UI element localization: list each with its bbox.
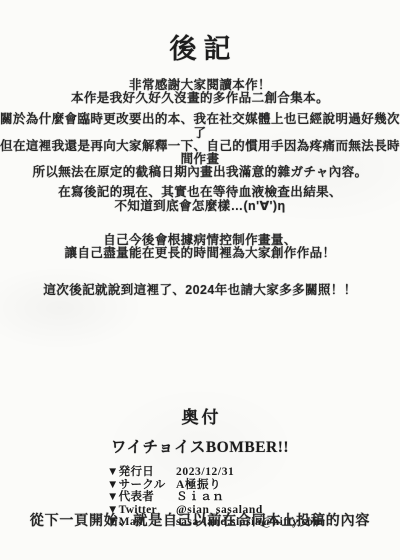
colophon-heading: 奥付 xyxy=(0,403,400,428)
thanks-paragraph: 非常感謝大家閱讀本作！ 本作是我好久好久沒畫的多作品二創合集本。 xyxy=(0,79,400,105)
row-value: A極振り xyxy=(176,479,221,492)
paragraph-line: 在寫後記的現在、其實也在等待血液檢查出結果、 xyxy=(0,186,400,199)
future-plans-paragraph: 自己今後會根據病情控制作畫量、 讓自己盡量能在更長的時間裡為大家創作作品！ xyxy=(0,234,400,260)
paragraph-line: 但在這裡我還是再向大家解釋一下、自己的慣用手因為疼痛而無法長時間作畫 xyxy=(0,140,400,166)
paragraph-line: 讓自己盡量能在更長的時間裡為大家創作作品！ xyxy=(0,247,400,260)
explanation-paragraph: 關於為什麼會臨時更改要出的本、我在社交媒體上也已經說明過好幾次了 但在這裡我還是… xyxy=(0,113,400,179)
footer-note: 從下一頁開始、就是自己以前在合同本上投稿的內容 xyxy=(0,510,400,530)
paragraph-line: 關於為什麼會臨時更改要出的本、我在社交媒體上也已經說明過好幾次了 xyxy=(0,113,400,139)
colophon-row-publish-date: ▼発行日 2023/12/31 xyxy=(107,466,400,479)
health-paragraph: 在寫後記的現在、其實也在等待血液檢查出結果、 不知道到底會怎麼樣…(n'∀')η xyxy=(0,186,400,212)
colophon-row-representative: ▼代表者 Ｓｉａｎ xyxy=(107,491,400,504)
colophon-row-circle: ▼サークル A極振り xyxy=(107,479,400,492)
page-title: 後記 xyxy=(0,0,400,66)
paragraph-line: 這次後記就說到這裡了、2024年也請大家多多關照！！ xyxy=(0,284,400,297)
book-title: ワイチョイスBOMBER!! xyxy=(0,435,400,457)
row-label: ▼発行日 xyxy=(107,466,176,479)
paragraph-line: 所以無法在原定的截稿日期內畫出我滿意的雜ガチャ內容。 xyxy=(0,166,400,179)
row-value: 2023/12/31 xyxy=(176,466,234,479)
afterword-page: 後記 非常感謝大家閱讀本作！ 本作是我好久好久沒畫的多作品二創合集本。 關於為什… xyxy=(0,0,400,560)
row-label: ▼サークル xyxy=(107,479,176,492)
paragraph-line: 不知道到底會怎麼樣…(n'∀')η xyxy=(0,200,400,213)
row-value: Ｓｉａｎ xyxy=(176,491,224,504)
row-label: ▼代表者 xyxy=(107,491,176,504)
closing-paragraph: 這次後記就說到這裡了、2024年也請大家多多關照！！ xyxy=(0,284,400,297)
paragraph-line: 本作是我好久好久沒畫的多作品二創合集本。 xyxy=(0,92,400,105)
